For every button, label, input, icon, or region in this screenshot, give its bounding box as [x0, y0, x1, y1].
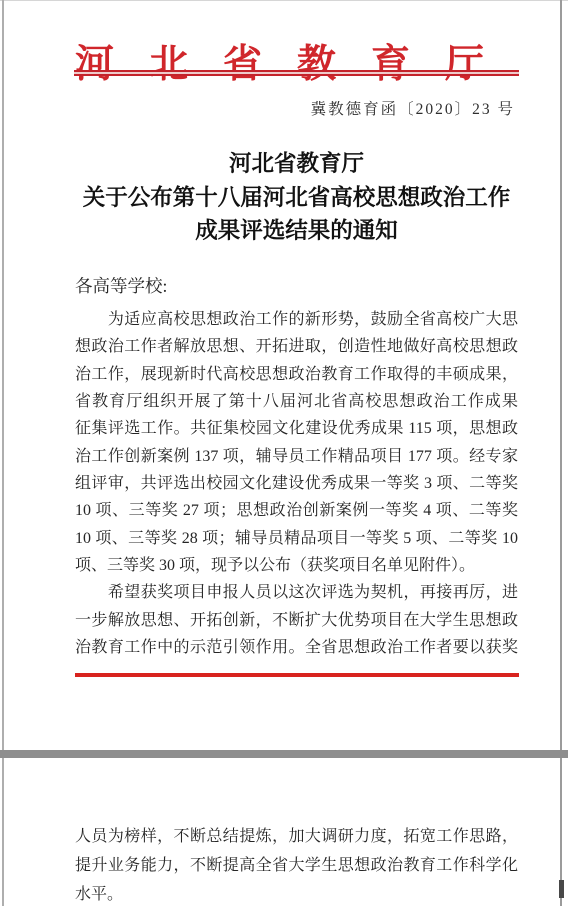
body-line: 治教育工作中的示范引领作用。全省思想政治工作者要以获奖: [75, 634, 518, 661]
body-line: 10 项、三等奖 27 项；思想政治创新案例一等奖 4 项、二等奖: [75, 497, 518, 524]
body-line: 提升业务能力，不断提高全省大学生思想政治教育工作科学化: [75, 851, 518, 880]
body-line: 项、三等奖 30 项，现予以公布（获奖项目名单见附件）。: [75, 552, 518, 579]
body-line: 省教育厅组织开展了第十八届河北省高校思想政治工作成果: [75, 388, 518, 415]
body-line: 组评审，共评选出校园文化建设优秀成果一等奖 3 项、二等奖: [75, 470, 518, 497]
body-page1: 为适应高校思想政治工作的新形势，鼓励全省高校广大思想政治工作者解放思想、开拓进取…: [75, 306, 518, 661]
body-line: 治工作，展现新时代高校思想政治教育工作取得的丰硕成果，: [75, 361, 518, 388]
notice-title-line: 成果评选结果的通知: [75, 214, 518, 248]
notice-title-line: 河北省教育厅: [75, 147, 518, 181]
body-line: 征集评选工作。共征集校园文化建设优秀成果 115 项，思想政: [75, 415, 518, 442]
body-line: 希望获奖项目申报人员以这次评选为契机，再接再厉，进: [75, 579, 518, 606]
page-1: 河北省教育厅 冀教德育函〔2020〕23 号 河北省教育厅 关于公布第十八届河北…: [0, 0, 568, 750]
notice-title-line: 关于公布第十八届河北省高校思想政治工作: [75, 181, 518, 215]
body-line: 治工作创新案例 137 项，辅导员工作精品项目 177 项。经专家: [75, 443, 518, 470]
doc-number: 冀教德育函〔2020〕23 号: [75, 100, 515, 120]
scrollbar-thumb[interactable]: [559, 880, 564, 898]
salutation: 各高等学校:: [75, 274, 167, 298]
page-2: 人员为榜样，不断总结提炼，加大调研力度，拓宽工作思路，提升业务能力，不断提高全省…: [0, 757, 568, 906]
page1-red-rule: [75, 673, 519, 677]
header-rule-bottom: [74, 74, 519, 76]
header-double-rule: [74, 70, 519, 76]
body-line: 为适应高校思想政治工作的新形势，鼓励全省高校广大思: [75, 306, 518, 333]
body-line: 人员为榜样，不断总结提炼，加大调研力度，拓宽工作思路，: [75, 822, 518, 851]
body-line: 10 项、三等奖 28 项；辅导员精品项目一等奖 5 项、二等奖 10: [75, 525, 518, 552]
body-line: 想政治工作者解放思想、开拓进取，创造性地做好高校思想政: [75, 333, 518, 360]
body-line: 一步解放思想、开拓创新，不断扩大优势项目在大学生思想政: [75, 607, 518, 634]
body-line: 水平。: [75, 880, 518, 906]
notice-title: 河北省教育厅 关于公布第十八届河北省高校思想政治工作 成果评选结果的通知: [75, 147, 518, 248]
body-page2: 人员为榜样，不断总结提炼，加大调研力度，拓宽工作思路，提升业务能力，不断提高全省…: [75, 822, 518, 906]
document-viewer: { "doc": { "header": { "agency_name": "河…: [0, 0, 568, 906]
agency-name: 河北省教育厅: [75, 43, 518, 87]
